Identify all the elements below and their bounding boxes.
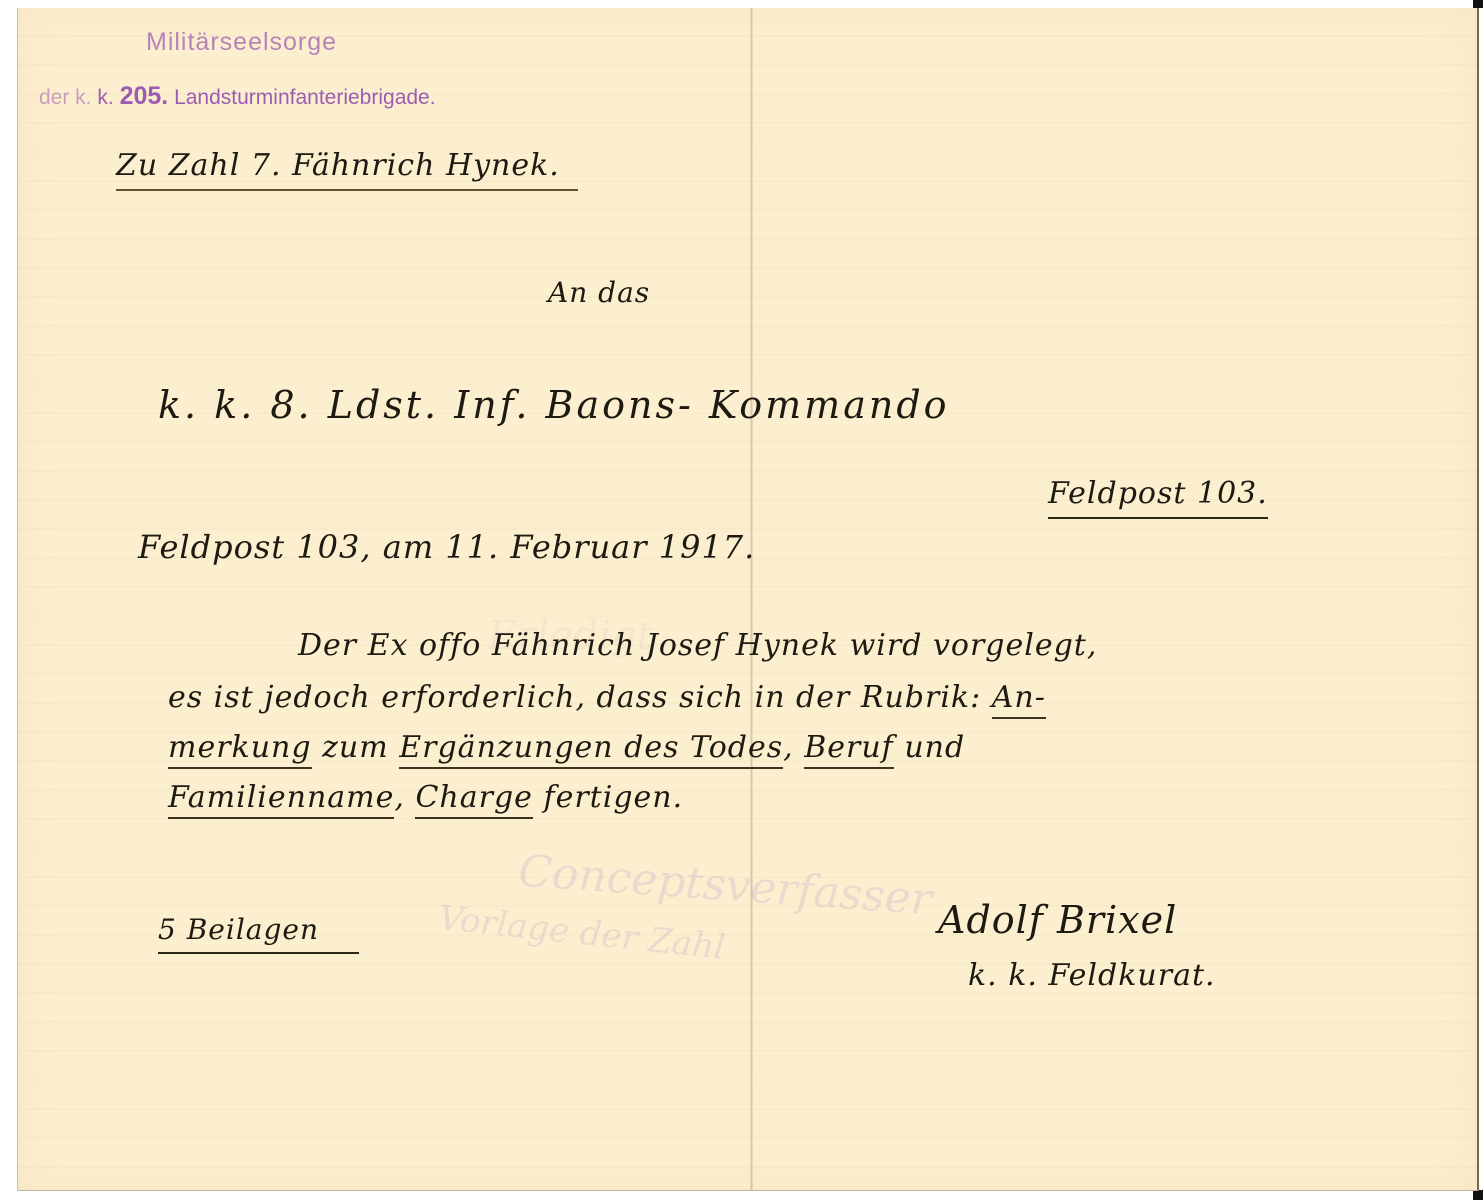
salutation: An das xyxy=(548,276,650,309)
signature: Adolf Brixel xyxy=(938,898,1177,942)
dateline: Feldpost 103, am 11. Februar 1917. xyxy=(138,528,755,566)
letter-paper: Erledigt Conceptsverfasser Vorlage der Z… xyxy=(17,8,1479,1191)
paper-fold-line xyxy=(750,8,753,1190)
body-underlined: Charge xyxy=(415,780,532,819)
recipient: k. k. 8. Ldst. Inf. Baons- Kommando xyxy=(158,383,950,427)
body-text: es ist jedoch erforderlich, dass sich in… xyxy=(168,680,992,715)
body-underlined: Familienname xyxy=(168,780,394,819)
stamp-brigade: Landsturminfanteriebrigade. xyxy=(174,86,436,109)
stamp-k: k. xyxy=(97,86,113,109)
body-text: , xyxy=(783,730,804,765)
body-line: Familienname, Charge fertigen. xyxy=(168,780,683,815)
enclosures-note: 5 Beilagen xyxy=(158,913,359,954)
body-underlined: Ergänzungen des Todes xyxy=(399,730,783,769)
destination: Feldpost 103. xyxy=(1048,476,1268,519)
body-line: Der Ex offo Fähnrich Josef Hynek wird vo… xyxy=(298,628,1097,663)
scan-corner-top-right xyxy=(1473,0,1483,8)
body-underlined: Beruf xyxy=(804,730,894,769)
stamp-unit: der k. k. 205. Landsturminfanteriebrigad… xyxy=(39,82,436,111)
body-line: merkung zum Ergänzungen des Todes, Beruf… xyxy=(168,730,965,765)
body-text: und xyxy=(894,730,965,765)
stamp-title: Militärseelsorge xyxy=(146,28,337,57)
body-text: , xyxy=(394,780,415,815)
stamp-prefix: der k. xyxy=(39,86,92,109)
body-underlined: An- xyxy=(992,680,1046,719)
body-underlined: merkung xyxy=(168,730,312,769)
bleed-through-text: Vorlage der Zahl xyxy=(437,898,727,968)
body-text: fertigen. xyxy=(533,780,683,815)
reference-number: Zu Zahl 7. Fähnrich Hynek. xyxy=(116,148,578,191)
body-line: es ist jedoch erforderlich, dass sich in… xyxy=(168,680,1046,715)
stamp-number: 205. xyxy=(120,82,169,110)
bleed-through-text: Conceptsverfasser xyxy=(517,846,934,926)
body-text: zum xyxy=(312,730,400,765)
signature-title: k. k. Feldkurat. xyxy=(968,958,1216,993)
scan-corner-bottom-right xyxy=(1473,1190,1483,1200)
